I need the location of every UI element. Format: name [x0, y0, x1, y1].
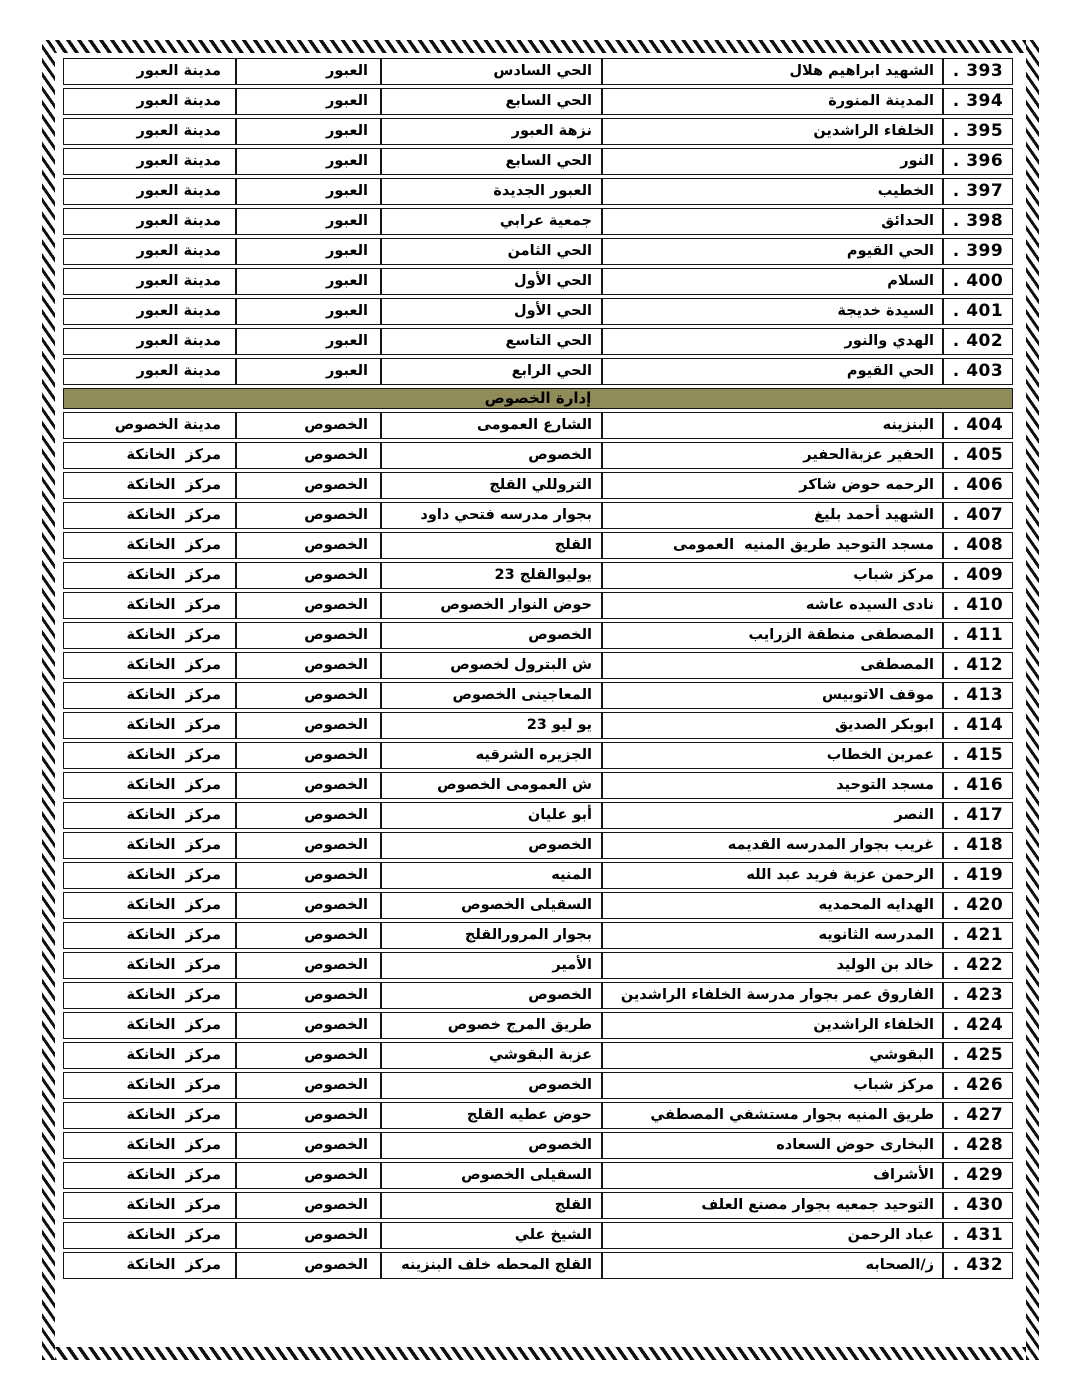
name-cell: السيدة خديجة — [602, 298, 943, 325]
city-cell: مركز الخانكة — [63, 622, 236, 649]
row-number-cell: 402 . — [943, 328, 1013, 355]
city-cell: مركز الخانكة — [63, 1072, 236, 1099]
city-cell: مركز الخانكة — [63, 532, 236, 559]
table-row: 395 .الخلفاء الراشديننزهة العبورالعبورمد… — [63, 118, 1013, 145]
street-cell: الحي الأول — [381, 268, 602, 295]
row-number-cell: 410 . — [943, 592, 1013, 619]
name-cell: الخلفاء الراشدين — [602, 1012, 943, 1039]
street-cell: الحي الرابع — [381, 358, 602, 385]
street-cell: عزبة البقوشي — [381, 1042, 602, 1069]
city-cell: مركز الخانكة — [63, 1252, 236, 1279]
row-number-cell: 411 . — [943, 622, 1013, 649]
street-cell: الخصوص — [381, 1132, 602, 1159]
street-cell: بجوار المرورالقلج — [381, 922, 602, 949]
name-cell: الحفير عزبةالحفير — [602, 442, 943, 469]
city-cell: مركز الخانكة — [63, 712, 236, 739]
table-row: 398 .الحدائقجمعية عرابيالعبورمدينة العبو… — [63, 208, 1013, 235]
city-cell: مدينة العبور — [63, 328, 236, 355]
city-cell: مركز الخانكة — [63, 952, 236, 979]
street-cell: يوليوالقلج 23 — [381, 562, 602, 589]
row-number-cell: 414 . — [943, 712, 1013, 739]
district-cell: الخصوص — [236, 802, 381, 829]
table-row: 421 .المدرسه الثانويهبجوار المرورالقلجال… — [63, 922, 1013, 949]
street-cell: بجوار مدرسه فتحي داود — [381, 502, 602, 529]
row-number-cell: 396 . — [943, 148, 1013, 175]
city-cell: مركز الخانكة — [63, 1222, 236, 1249]
table-row: 410 .نادى السيده عاشهحوض النوار الخصوصال… — [63, 592, 1013, 619]
street-cell: ش العمومى الخصوص — [381, 772, 602, 799]
row-number-cell: 427 . — [943, 1102, 1013, 1129]
district-cell: العبور — [236, 208, 381, 235]
street-cell: حوض عطيه القلج — [381, 1102, 602, 1129]
name-cell: البنزينه — [602, 412, 943, 439]
district-cell: الخصوص — [236, 892, 381, 919]
row-number-cell: 407 . — [943, 502, 1013, 529]
name-cell: الشهيد ابراهيم هلال — [602, 58, 943, 85]
city-cell: مركز الخانكة — [63, 1192, 236, 1219]
street-cell: الخصوص — [381, 832, 602, 859]
name-cell: البقوشي — [602, 1042, 943, 1069]
name-cell: مسجد التوحيد — [602, 772, 943, 799]
street-cell: المعاجينى الخصوص — [381, 682, 602, 709]
name-cell: الرحمن عزبة فريد عبد الله — [602, 862, 943, 889]
city-cell: مدينة العبور — [63, 178, 236, 205]
district-cell: الخصوص — [236, 832, 381, 859]
table-row: 403 .الحي القيومالحي الرابعالعبورمدينة ا… — [63, 358, 1013, 385]
street-cell: السقيلى الخصوص — [381, 892, 602, 919]
city-cell: مدينة العبور — [63, 118, 236, 145]
row-number-cell: 417 . — [943, 802, 1013, 829]
name-cell: غريب بجوار المدرسه القديمه — [602, 832, 943, 859]
table-row: 409 .مركز شبابيوليوالقلج 23الخصوصمركز ال… — [63, 562, 1013, 589]
table-row: 428 .البخارى حوض السعادهالخصوصالخصوصمركز… — [63, 1132, 1013, 1159]
row-number-cell: 416 . — [943, 772, 1013, 799]
table-row: 420 .الهدايه المحمديهالسقيلى الخصوصالخصو… — [63, 892, 1013, 919]
district-cell: الخصوص — [236, 1162, 381, 1189]
name-cell: موقف الاتوبيس — [602, 682, 943, 709]
districts-table: 393 .الشهيد ابراهيم هلالالحي السادسالعبو… — [63, 55, 1013, 1282]
street-cell: الحي السابع — [381, 148, 602, 175]
table-row: 401 .السيدة خديجةالحي الأولالعبورمدينة ا… — [63, 298, 1013, 325]
table-row: 423 .الفاروق عمر بجوار مدرسة الخلفاء الر… — [63, 982, 1013, 1009]
table-row: 393 .الشهيد ابراهيم هلالالحي السادسالعبو… — [63, 58, 1013, 85]
district-cell: الخصوص — [236, 862, 381, 889]
district-cell: الخصوص — [236, 1132, 381, 1159]
street-cell: الخصوص — [381, 442, 602, 469]
district-cell: الخصوص — [236, 682, 381, 709]
city-cell: مركز الخانكة — [63, 862, 236, 889]
page-border-top-hatch — [42, 40, 1038, 53]
name-cell: عمربن الخطاب — [602, 742, 943, 769]
district-cell: الخصوص — [236, 472, 381, 499]
table-row: 424 .الخلفاء الراشدينطريق المرج خصوصالخص… — [63, 1012, 1013, 1039]
table-row: 406 .الرحمه حوض شاكرالتروللي القلجالخصوص… — [63, 472, 1013, 499]
city-cell: مركز الخانكة — [63, 802, 236, 829]
table-row: 430 .التوحيد جمعيه بجوار مصنع العلفالقلج… — [63, 1192, 1013, 1219]
table-row: 415 .عمربن الخطابالجزيره الشرقيهالخصوصمر… — [63, 742, 1013, 769]
district-cell: الخصوص — [236, 712, 381, 739]
table-row: 414 .ابوبكر الصديقيو ليو 23الخصوصمركز ال… — [63, 712, 1013, 739]
street-cell: الحي التاسع — [381, 328, 602, 355]
name-cell: التوحيد جمعيه بجوار مصنع العلف — [602, 1192, 943, 1219]
table-row: 418 .غريب بجوار المدرسه القديمهالخصوصالخ… — [63, 832, 1013, 859]
row-number-cell: 403 . — [943, 358, 1013, 385]
city-cell: مركز الخانكة — [63, 682, 236, 709]
table-row: 417 .النصرأبو عليانالخصوصمركز الخانكة — [63, 802, 1013, 829]
name-cell: الأشراف — [602, 1162, 943, 1189]
name-cell: مسجد التوحيد طريق المنيه العمومى — [602, 532, 943, 559]
district-cell: العبور — [236, 118, 381, 145]
name-cell: الحي القيوم — [602, 358, 943, 385]
city-cell: مركز الخانكة — [63, 742, 236, 769]
city-cell: مدينة العبور — [63, 88, 236, 115]
district-cell: الخصوص — [236, 532, 381, 559]
table-row: 419 .الرحمن عزبة فريد عبد اللهالمنيهالخص… — [63, 862, 1013, 889]
street-cell: الحي السادس — [381, 58, 602, 85]
street-cell: العبور الجديدة — [381, 178, 602, 205]
row-number-cell: 412 . — [943, 652, 1013, 679]
row-number-cell: 415 . — [943, 742, 1013, 769]
city-cell: مركز الخانكة — [63, 922, 236, 949]
street-cell: الخصوص — [381, 982, 602, 1009]
name-cell: الخطيب — [602, 178, 943, 205]
row-number-cell: 418 . — [943, 832, 1013, 859]
district-cell: الخصوص — [236, 622, 381, 649]
name-cell: الهدي والنور — [602, 328, 943, 355]
table-row: 422 .خالد بن الوليدالأميرالخصوصمركز الخا… — [63, 952, 1013, 979]
row-number-cell: 409 . — [943, 562, 1013, 589]
district-cell: الخصوص — [236, 592, 381, 619]
name-cell: نادى السيده عاشه — [602, 592, 943, 619]
street-cell: القلج — [381, 532, 602, 559]
district-cell: العبور — [236, 88, 381, 115]
city-cell: مركز الخانكة — [63, 772, 236, 799]
district-cell: العبور — [236, 358, 381, 385]
table-row: 399 .الحي القيومالحي الثامنالعبورمدينة ا… — [63, 238, 1013, 265]
row-number-cell: 421 . — [943, 922, 1013, 949]
city-cell: مدينة العبور — [63, 358, 236, 385]
table-row: 394 .المدينة المنورةالحي السابعالعبورمدي… — [63, 88, 1013, 115]
street-cell: الخصوص — [381, 622, 602, 649]
city-cell: مدينة العبور — [63, 238, 236, 265]
name-cell: المصطفى منطقة الزرايب — [602, 622, 943, 649]
table-row: 425 .البقوشيعزبة البقوشيالخصوصمركز الخان… — [63, 1042, 1013, 1069]
city-cell: مركز الخانكة — [63, 1042, 236, 1069]
street-cell: الشيخ علي — [381, 1222, 602, 1249]
row-number-cell: 425 . — [943, 1042, 1013, 1069]
name-cell: عباد الرحمن — [602, 1222, 943, 1249]
street-cell: الشارع العمومى — [381, 412, 602, 439]
table-row: 404 .البنزينهالشارع العمومىالخصوصمدينة ا… — [63, 412, 1013, 439]
district-cell: الخصوص — [236, 1042, 381, 1069]
table-row: 413 .موقف الاتوبيسالمعاجينى الخصوصالخصوص… — [63, 682, 1013, 709]
city-cell: مدينة الخصوص — [63, 412, 236, 439]
name-cell: السلام — [602, 268, 943, 295]
district-cell: الخصوص — [236, 1072, 381, 1099]
city-cell: مركز الخانكة — [63, 1162, 236, 1189]
row-number-cell: 419 . — [943, 862, 1013, 889]
street-cell: الجزيره الشرقيه — [381, 742, 602, 769]
name-cell: مركز شباب — [602, 562, 943, 589]
name-cell: الخلفاء الراشدين — [602, 118, 943, 145]
street-cell: القلج المحطه خلف البنزينه — [381, 1252, 602, 1279]
row-number-cell: 406 . — [943, 472, 1013, 499]
name-cell: الهدايه المحمديه — [602, 892, 943, 919]
row-number-cell: 405 . — [943, 442, 1013, 469]
street-cell: حوض النوار الخصوص — [381, 592, 602, 619]
row-number-cell: 401 . — [943, 298, 1013, 325]
table-row: 416 .مسجد التوحيدش العمومى الخصوصالخصوصم… — [63, 772, 1013, 799]
street-cell: السقيلى الخصوص — [381, 1162, 602, 1189]
table-row: 412 .المصطفىش البترول لخصوصالخصوصمركز ال… — [63, 652, 1013, 679]
district-cell: الخصوص — [236, 442, 381, 469]
city-cell: مدينة العبور — [63, 208, 236, 235]
street-cell: الحي الأول — [381, 298, 602, 325]
row-number-cell: 400 . — [943, 268, 1013, 295]
name-cell: خالد بن الوليد — [602, 952, 943, 979]
name-cell: البخارى حوض السعاده — [602, 1132, 943, 1159]
row-number-cell: 424 . — [943, 1012, 1013, 1039]
street-cell: نزهة العبور — [381, 118, 602, 145]
city-cell: مركز الخانكة — [63, 562, 236, 589]
page-border-left-hatch — [42, 40, 55, 1360]
row-number-cell: 398 . — [943, 208, 1013, 235]
district-cell: الخصوص — [236, 982, 381, 1009]
table-row: 432 .ز/الصحابهالقلج المحطه خلف البنزينها… — [63, 1252, 1013, 1279]
district-cell: الخصوص — [236, 1012, 381, 1039]
table-row: 431 .عباد الرحمنالشيخ عليالخصوصمركز الخا… — [63, 1222, 1013, 1249]
name-cell: الشهيد أحمد بليغ — [602, 502, 943, 529]
city-cell: مدينة العبور — [63, 58, 236, 85]
name-cell: الحي القيوم — [602, 238, 943, 265]
row-number-cell: 428 . — [943, 1132, 1013, 1159]
name-cell: الحدائق — [602, 208, 943, 235]
district-cell: العبور — [236, 148, 381, 175]
row-number-cell: 408 . — [943, 532, 1013, 559]
table-row: 407 .الشهيد أحمد بليغبجوار مدرسه فتحي دا… — [63, 502, 1013, 529]
street-cell: أبو عليان — [381, 802, 602, 829]
city-cell: مركز الخانكة — [63, 1132, 236, 1159]
name-cell: الفاروق عمر بجوار مدرسة الخلفاء الراشدين — [602, 982, 943, 1009]
district-cell: الخصوص — [236, 952, 381, 979]
street-cell: الأمير — [381, 952, 602, 979]
city-cell: مركز الخانكة — [63, 502, 236, 529]
name-cell: النور — [602, 148, 943, 175]
page-border-right-hatch — [1026, 40, 1039, 1360]
city-cell: مركز الخانكة — [63, 1102, 236, 1129]
table-row: 429 .الأشرافالسقيلى الخصوصالخصوصمركز الخ… — [63, 1162, 1013, 1189]
name-cell: المصطفى — [602, 652, 943, 679]
district-cell: الخصوص — [236, 922, 381, 949]
street-cell: التروللي القلج — [381, 472, 602, 499]
district-cell: الخصوص — [236, 652, 381, 679]
district-cell: الخصوص — [236, 412, 381, 439]
row-number-cell: 423 . — [943, 982, 1013, 1009]
table-row: 397 .الخطيبالعبور الجديدةالعبورمدينة الع… — [63, 178, 1013, 205]
table-row: 402 .الهدي والنورالحي التاسعالعبورمدينة … — [63, 328, 1013, 355]
street-cell: يو ليو 23 — [381, 712, 602, 739]
street-cell: طريق المرج خصوص — [381, 1012, 602, 1039]
table-row: 396 .النورالحي السابعالعبورمدينة العبور — [63, 148, 1013, 175]
name-cell: المدرسه الثانويه — [602, 922, 943, 949]
city-cell: مدينة العبور — [63, 268, 236, 295]
row-number-cell: 422 . — [943, 952, 1013, 979]
name-cell: طريق المنيه بجوار مستشفي المصطفي — [602, 1102, 943, 1129]
name-cell: ز/الصحابه — [602, 1252, 943, 1279]
district-cell: الخصوص — [236, 1192, 381, 1219]
table-row: 400 .السلامالحي الأولالعبورمدينة العبور — [63, 268, 1013, 295]
street-cell: الحي السابع — [381, 88, 602, 115]
city-cell: مركز الخانكة — [63, 472, 236, 499]
table-row: 405 .الحفير عزبةالحفيرالخصوصالخصوصمركز ا… — [63, 442, 1013, 469]
row-number-cell: 413 . — [943, 682, 1013, 709]
district-cell: العبور — [236, 298, 381, 325]
district-cell: الخصوص — [236, 562, 381, 589]
district-cell: الخصوص — [236, 772, 381, 799]
district-cell: الخصوص — [236, 1102, 381, 1129]
street-cell: المنيه — [381, 862, 602, 889]
row-number-cell: 420 . — [943, 892, 1013, 919]
district-cell: العبور — [236, 328, 381, 355]
district-cell: العبور — [236, 178, 381, 205]
name-cell: ابوبكر الصديق — [602, 712, 943, 739]
section-header-row: إدارة الخصوص — [63, 388, 1013, 409]
table-row: 427 .طريق المنيه بجوار مستشفي المصطفيحوض… — [63, 1102, 1013, 1129]
city-cell: مدينة العبور — [63, 298, 236, 325]
table-row: 408 .مسجد التوحيد طريق المنيه العمومىالق… — [63, 532, 1013, 559]
name-cell: النصر — [602, 802, 943, 829]
city-cell: مركز الخانكة — [63, 892, 236, 919]
row-number-cell: 399 . — [943, 238, 1013, 265]
row-number-cell: 430 . — [943, 1192, 1013, 1219]
district-cell: العبور — [236, 268, 381, 295]
district-cell: الخصوص — [236, 1222, 381, 1249]
name-cell: الرحمه حوض شاكر — [602, 472, 943, 499]
street-cell: الحي الثامن — [381, 238, 602, 265]
street-cell: الخصوص — [381, 1072, 602, 1099]
row-number-cell: 397 . — [943, 178, 1013, 205]
row-number-cell: 432 . — [943, 1252, 1013, 1279]
district-cell: العبور — [236, 58, 381, 85]
name-cell: مركز شباب — [602, 1072, 943, 1099]
name-cell: المدينة المنورة — [602, 88, 943, 115]
row-number-cell: 394 . — [943, 88, 1013, 115]
row-number-cell: 404 . — [943, 412, 1013, 439]
city-cell: مركز الخانكة — [63, 1012, 236, 1039]
district-cell: الخصوص — [236, 502, 381, 529]
row-number-cell: 393 . — [943, 58, 1013, 85]
city-cell: مركز الخانكة — [63, 982, 236, 1009]
row-number-cell: 431 . — [943, 1222, 1013, 1249]
district-cell: العبور — [236, 238, 381, 265]
section-header-title: إدارة الخصوص — [63, 388, 1013, 409]
document-page: 393 .الشهيد ابراهيم هلالالحي السادسالعبو… — [0, 0, 1082, 1400]
row-number-cell: 429 . — [943, 1162, 1013, 1189]
row-number-cell: 395 . — [943, 118, 1013, 145]
street-cell: ش البترول لخصوص — [381, 652, 602, 679]
street-cell: القلج — [381, 1192, 602, 1219]
page-border-bottom-hatch — [42, 1347, 1038, 1360]
city-cell: مدينة العبور — [63, 148, 236, 175]
table-row: 411 .المصطفى منطقة الزرايبالخصوصالخصوصمر… — [63, 622, 1013, 649]
city-cell: مركز الخانكة — [63, 652, 236, 679]
district-cell: الخصوص — [236, 742, 381, 769]
city-cell: مركز الخانكة — [63, 592, 236, 619]
row-number-cell: 426 . — [943, 1072, 1013, 1099]
city-cell: مركز الخانكة — [63, 442, 236, 469]
street-cell: جمعية عرابي — [381, 208, 602, 235]
table-row: 426 .مركز شبابالخصوصالخصوصمركز الخانكة — [63, 1072, 1013, 1099]
district-cell: الخصوص — [236, 1252, 381, 1279]
city-cell: مركز الخانكة — [63, 832, 236, 859]
